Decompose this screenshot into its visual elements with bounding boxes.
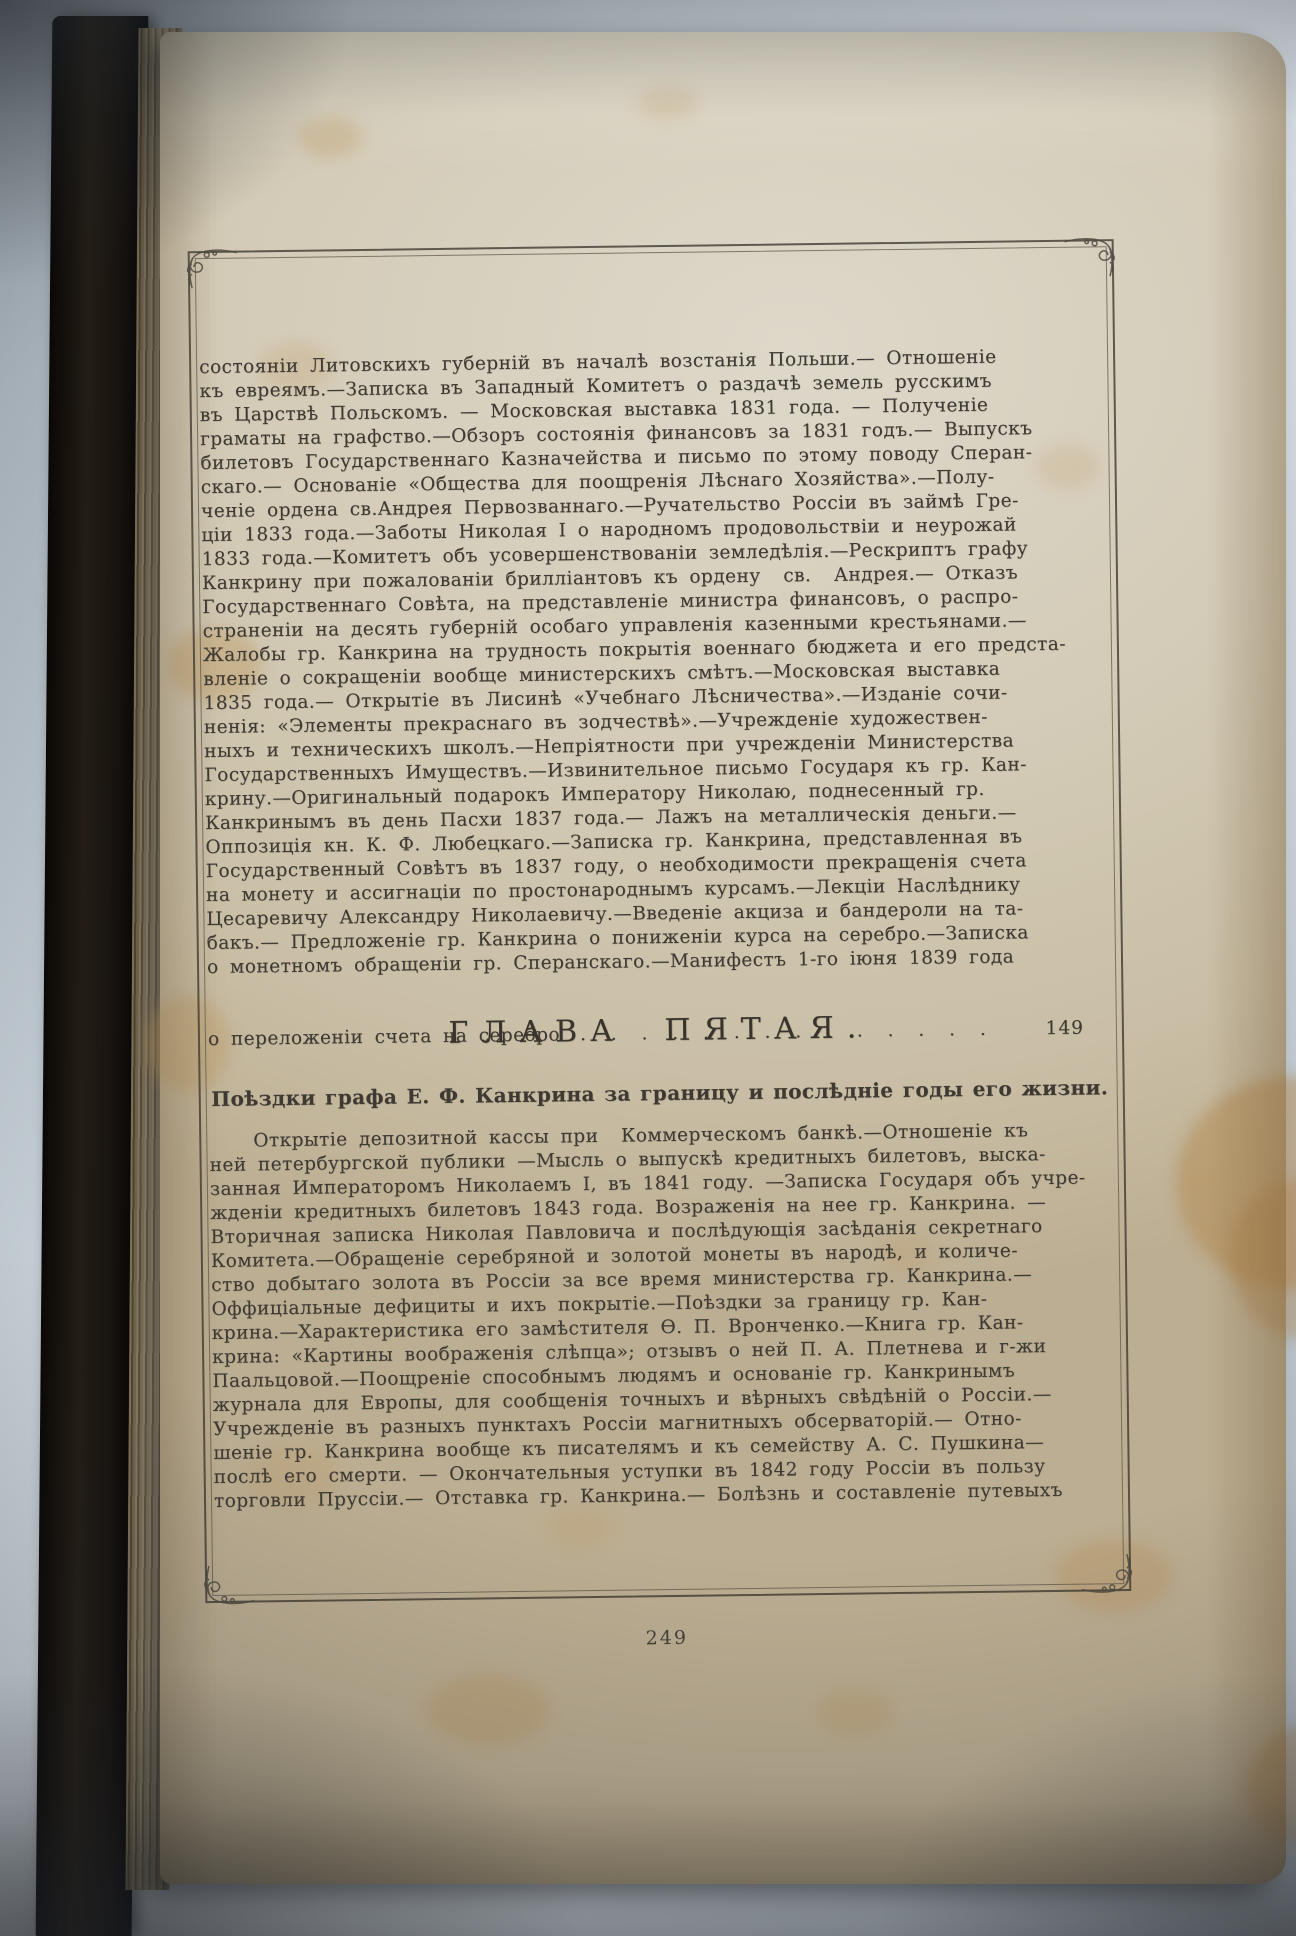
page-content: состояніи Литовскихъ губерній въ началѣ … [149,25,1296,1892]
corner-flourish-icon [1063,234,1118,281]
toc-continued-text: состояніи Литовскихъ губерній въ началѣ … [199,345,1093,981]
corner-flourish-icon [185,246,240,293]
chapter-summary-text: Открытіе депозитной кассы при Коммерческ… [209,1118,1100,1514]
book-page: состояніи Литовскихъ губерній въ началѣ … [160,32,1286,1884]
corner-flourish-icon [1080,1550,1135,1597]
book-photo: состояніи Литовскихъ губерній въ началѣ … [0,0,1296,1936]
toc-continued-block: состояніи Литовскихъ губерній въ началѣ … [198,297,1094,1101]
corner-flourish-icon [202,1561,257,1608]
folio-page-number: 249 [206,1621,1128,1655]
